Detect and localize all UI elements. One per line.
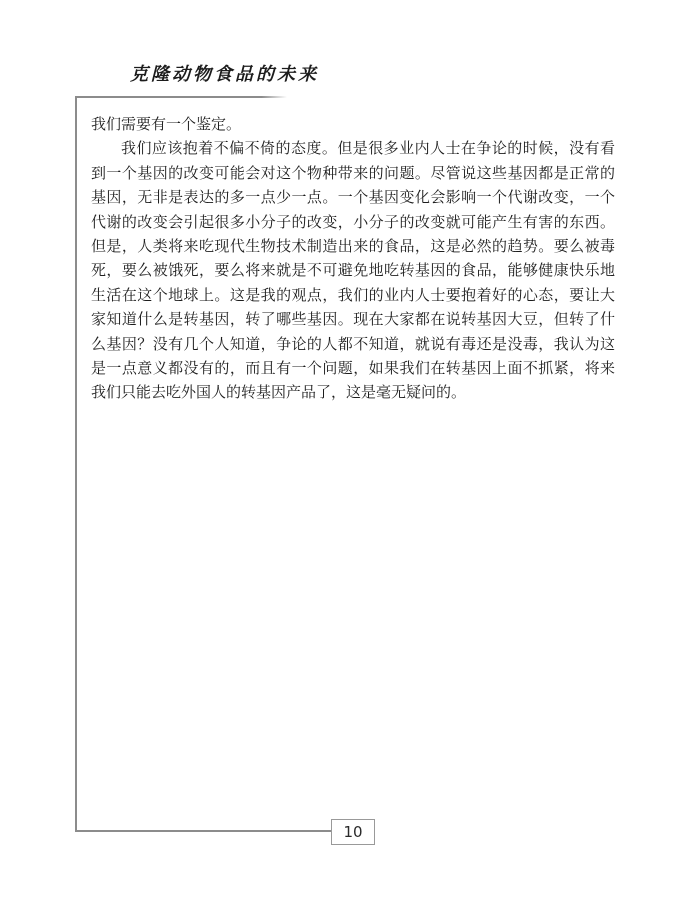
text-box-top-border xyxy=(75,96,287,98)
page-number: 10 xyxy=(343,823,362,841)
text-box-left-border xyxy=(75,97,77,831)
book-page: 克隆动物食品的未来 我们需要有一个鉴定。 我们应该抱着不偏不倚的态度。但是很多业… xyxy=(0,0,700,904)
body-text: 我们需要有一个鉴定。 我们应该抱着不偏不倚的态度。但是很多业内人士在争论的时候，… xyxy=(91,112,615,405)
page-title: 克隆动物食品的未来 xyxy=(130,60,319,86)
page-number-box: 10 xyxy=(331,819,375,845)
text-box-bottom-border xyxy=(75,830,332,832)
paragraph: 我们需要有一个鉴定。 xyxy=(91,112,615,136)
paragraph: 我们应该抱着不偏不倚的态度。但是很多业内人士在争论的时候，没有看到一个基因的改变… xyxy=(91,136,615,404)
